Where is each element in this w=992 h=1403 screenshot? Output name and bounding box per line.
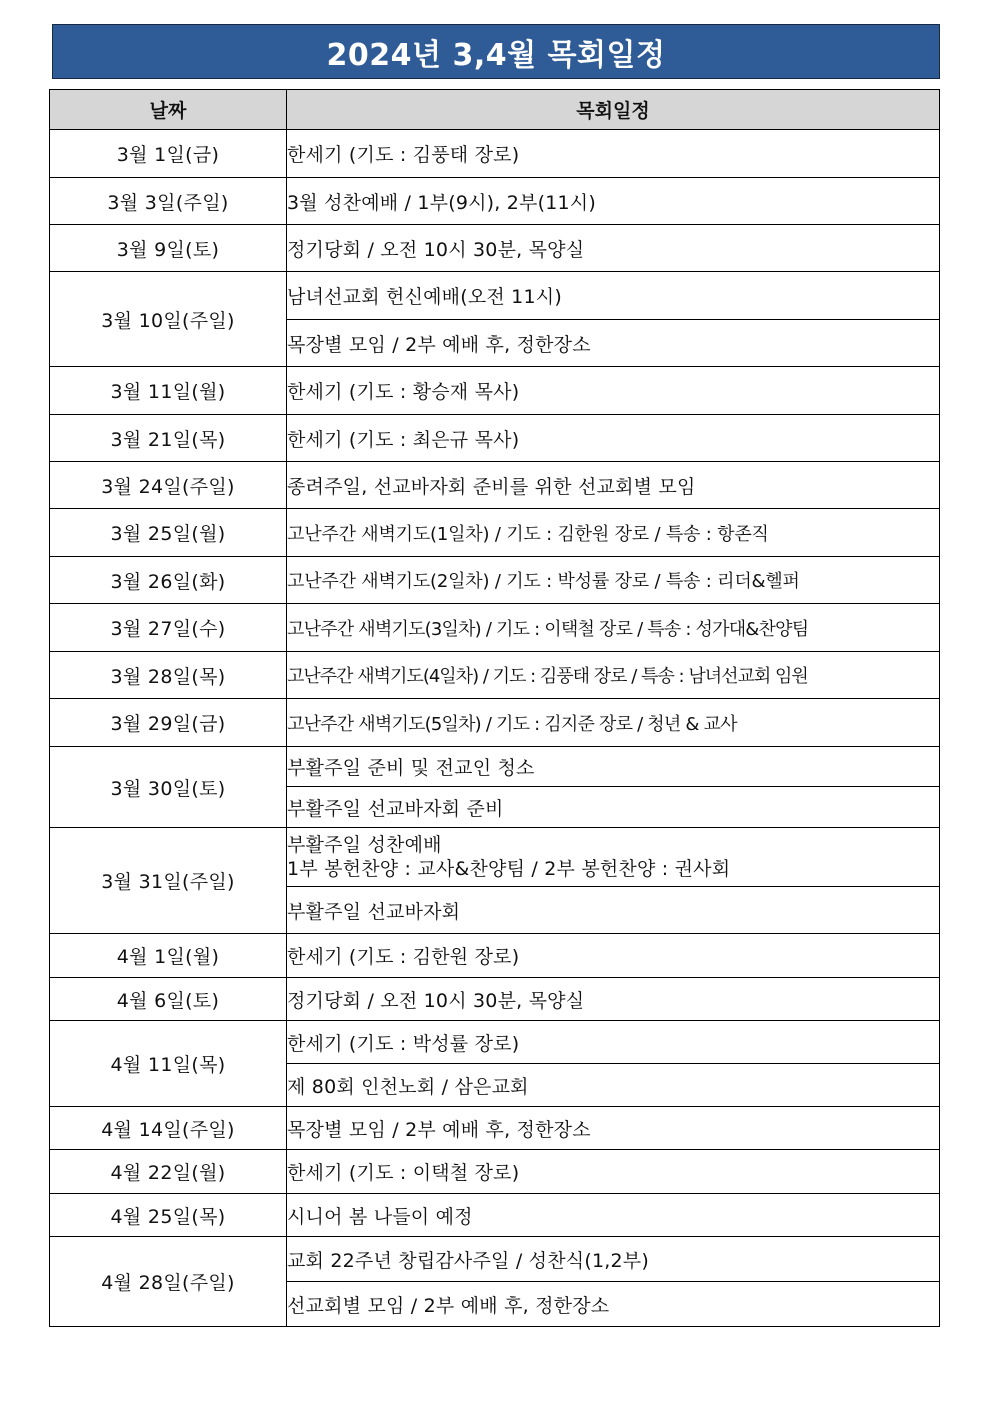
date-cell: 4월 28일(주일) xyxy=(50,1237,287,1327)
table-row: 3월 25일(월) 고난주간 새벽기도(1일차) / 기도 : 김한원 장로 /… xyxy=(50,509,940,557)
table-row: 3월 9일(토) 정기당회 / 오전 10시 30분, 목양실 xyxy=(50,225,940,272)
table-row: 4월 6일(토) 정기당회 / 오전 10시 30분, 목양실 xyxy=(50,978,940,1021)
table-row: 3월 26일(화) 고난주간 새벽기도(2일차) / 기도 : 박성률 장로 /… xyxy=(50,557,940,604)
column-header-schedule: 목회일정 xyxy=(287,90,940,130)
date-cell: 3월 1일(금) xyxy=(50,130,287,178)
event-cell: 시니어 봄 나들이 예정 xyxy=(287,1194,940,1237)
event-cell: 한세기 (기도 : 이택철 장로) xyxy=(287,1150,940,1194)
table-row: 4월 11일(목) 한세기 (기도 : 박성률 장로) xyxy=(50,1021,940,1064)
event-cell: 한세기 (기도 : 황승재 목사) xyxy=(287,367,940,415)
event-line: 1부 봉헌찬양 : 교사&찬양팀 / 2부 봉헌찬양 : 권사회 xyxy=(287,857,939,881)
schedule-table: 날짜 목회일정 3월 1일(금) 한세기 (기도 : 김풍태 장로) 3월 3일… xyxy=(49,89,940,1327)
event-cell: 한세기 (기도 : 김풍태 장로) xyxy=(287,130,940,178)
date-cell: 3월 3일(주일) xyxy=(50,178,287,225)
table-row: 3월 11일(월) 한세기 (기도 : 황승재 목사) xyxy=(50,367,940,415)
event-cell: 고난주간 새벽기도(5일차) / 기도 : 김지준 장로 / 청년 & 교사 xyxy=(287,699,940,747)
table-row: 3월 21일(목) 한세기 (기도 : 최은규 목사) xyxy=(50,415,940,462)
date-cell: 3월 30일(토) xyxy=(50,747,287,828)
table-row: 4월 25일(목) 시니어 봄 나들이 예정 xyxy=(50,1194,940,1237)
table-row: 4월 28일(주일) 교회 22주년 창립감사주일 / 성찬식(1,2부) xyxy=(50,1237,940,1282)
column-header-date: 날짜 xyxy=(50,90,287,130)
date-cell: 4월 11일(목) xyxy=(50,1021,287,1107)
table-row: 4월 14일(주일) 목장별 모임 / 2부 예배 후, 정한장소 xyxy=(50,1107,940,1150)
event-cell: 고난주간 새벽기도(2일차) / 기도 : 박성률 장로 / 특송 : 리더&헬… xyxy=(287,557,940,604)
table-row: 4월 1일(월) 한세기 (기도 : 김한원 장로) xyxy=(50,934,940,978)
date-cell: 3월 25일(월) xyxy=(50,509,287,557)
event-cell: 목장별 모임 / 2부 예배 후, 정한장소 xyxy=(287,1107,940,1150)
event-cell: 고난주간 새벽기도(1일차) / 기도 : 김한원 장로 / 특송 : 항존직 xyxy=(287,509,940,557)
event-cell: 부활주일 선교바자회 xyxy=(287,887,940,934)
table-row: 3월 10일(주일) 남녀선교회 헌신예배(오전 11시) xyxy=(50,272,940,320)
event-cell: 고난주간 새벽기도(4일차) / 기도 : 김풍태 장로 / 특송 : 남녀선교… xyxy=(287,652,940,699)
event-cell: 교회 22주년 창립감사주일 / 성찬식(1,2부) xyxy=(287,1237,940,1282)
date-cell: 3월 11일(월) xyxy=(50,367,287,415)
date-cell: 4월 22일(월) xyxy=(50,1150,287,1194)
event-cell: 정기당회 / 오전 10시 30분, 목양실 xyxy=(287,978,940,1021)
date-cell: 3월 28일(목) xyxy=(50,652,287,699)
event-cell: 부활주일 선교바자회 준비 xyxy=(287,787,940,828)
table-row: 3월 27일(수) 고난주간 새벽기도(3일차) / 기도 : 이택철 장로 /… xyxy=(50,604,940,652)
date-cell: 3월 24일(주일) xyxy=(50,462,287,509)
table-header-row: 날짜 목회일정 xyxy=(50,90,940,130)
event-cell: 종려주일, 선교바자회 준비를 위한 선교회별 모임 xyxy=(287,462,940,509)
title-banner: 2024년 3,4월 목회일정 xyxy=(52,24,940,79)
event-cell: 한세기 (기도 : 최은규 목사) xyxy=(287,415,940,462)
table-row: 3월 1일(금) 한세기 (기도 : 김풍태 장로) xyxy=(50,130,940,178)
table-row: 3월 3일(주일) 3월 성찬예배 / 1부(9시), 2부(11시) xyxy=(50,178,940,225)
event-cell: 한세기 (기도 : 박성률 장로) xyxy=(287,1021,940,1064)
date-cell: 4월 14일(주일) xyxy=(50,1107,287,1150)
event-line: 부활주일 성찬예배 xyxy=(287,833,939,857)
table-row: 3월 30일(토) 부활주일 준비 및 전교인 청소 xyxy=(50,747,940,787)
event-cell: 남녀선교회 헌신예배(오전 11시) xyxy=(287,272,940,320)
date-cell: 4월 6일(토) xyxy=(50,978,287,1021)
event-cell: 정기당회 / 오전 10시 30분, 목양실 xyxy=(287,225,940,272)
event-cell: 목장별 모임 / 2부 예배 후, 정한장소 xyxy=(287,320,940,367)
event-cell: 제 80회 인천노회 / 삼은교회 xyxy=(287,1064,940,1107)
table-row: 4월 22일(월) 한세기 (기도 : 이택철 장로) xyxy=(50,1150,940,1194)
date-cell: 3월 9일(토) xyxy=(50,225,287,272)
date-cell: 3월 29일(금) xyxy=(50,699,287,747)
table-row: 3월 29일(금) 고난주간 새벽기도(5일차) / 기도 : 김지준 장로 /… xyxy=(50,699,940,747)
event-cell: 3월 성찬예배 / 1부(9시), 2부(11시) xyxy=(287,178,940,225)
event-cell: 한세기 (기도 : 김한원 장로) xyxy=(287,934,940,978)
page-title: 2024년 3,4월 목회일정 xyxy=(327,30,666,74)
date-cell: 3월 10일(주일) xyxy=(50,272,287,367)
event-cell: 부활주일 성찬예배 1부 봉헌찬양 : 교사&찬양팀 / 2부 봉헌찬양 : 권… xyxy=(287,828,940,887)
date-cell: 4월 25일(목) xyxy=(50,1194,287,1237)
event-cell: 선교회별 모임 / 2부 예배 후, 정한장소 xyxy=(287,1282,940,1327)
date-cell: 4월 1일(월) xyxy=(50,934,287,978)
table-row: 3월 28일(목) 고난주간 새벽기도(4일차) / 기도 : 김풍태 장로 /… xyxy=(50,652,940,699)
date-cell: 3월 31일(주일) xyxy=(50,828,287,934)
table-row: 3월 31일(주일) 부활주일 성찬예배 1부 봉헌찬양 : 교사&찬양팀 / … xyxy=(50,828,940,887)
date-cell: 3월 26일(화) xyxy=(50,557,287,604)
table-row: 3월 24일(주일) 종려주일, 선교바자회 준비를 위한 선교회별 모임 xyxy=(50,462,940,509)
date-cell: 3월 27일(수) xyxy=(50,604,287,652)
event-cell: 부활주일 준비 및 전교인 청소 xyxy=(287,747,940,787)
date-cell: 3월 21일(목) xyxy=(50,415,287,462)
event-cell: 고난주간 새벽기도(3일차) / 기도 : 이택철 장로 / 특송 : 성가대&… xyxy=(287,604,940,652)
